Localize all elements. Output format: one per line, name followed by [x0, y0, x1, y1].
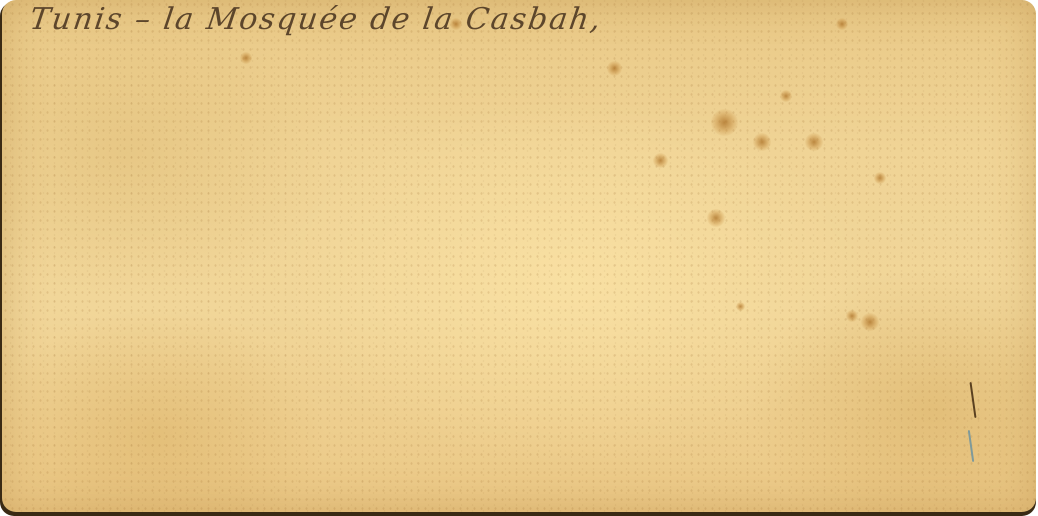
foxing-spot — [653, 153, 668, 168]
foxing-spot — [607, 61, 622, 76]
foxing-spot — [240, 52, 252, 64]
foxing-spot — [861, 313, 879, 331]
pen-mark — [970, 382, 977, 418]
foxing-spot — [780, 90, 792, 102]
foxing-spot — [753, 133, 771, 151]
foxing-spot — [805, 133, 823, 151]
foxing-spot — [846, 310, 858, 322]
foxing-spot — [874, 172, 886, 184]
foxing-spot — [736, 302, 745, 311]
handwritten-caption: Tunis – la Mosquée de la Casbah, — [28, 2, 605, 37]
foxing-spot — [711, 109, 738, 136]
pen-mark — [968, 430, 974, 462]
scene: Tunis – la Mosquée de la Casbah, — [0, 0, 1038, 516]
stereoview-card-back: Tunis – la Mosquée de la Casbah, — [2, 0, 1036, 512]
foxing-spot — [707, 209, 725, 227]
foxing-spot — [836, 18, 848, 30]
